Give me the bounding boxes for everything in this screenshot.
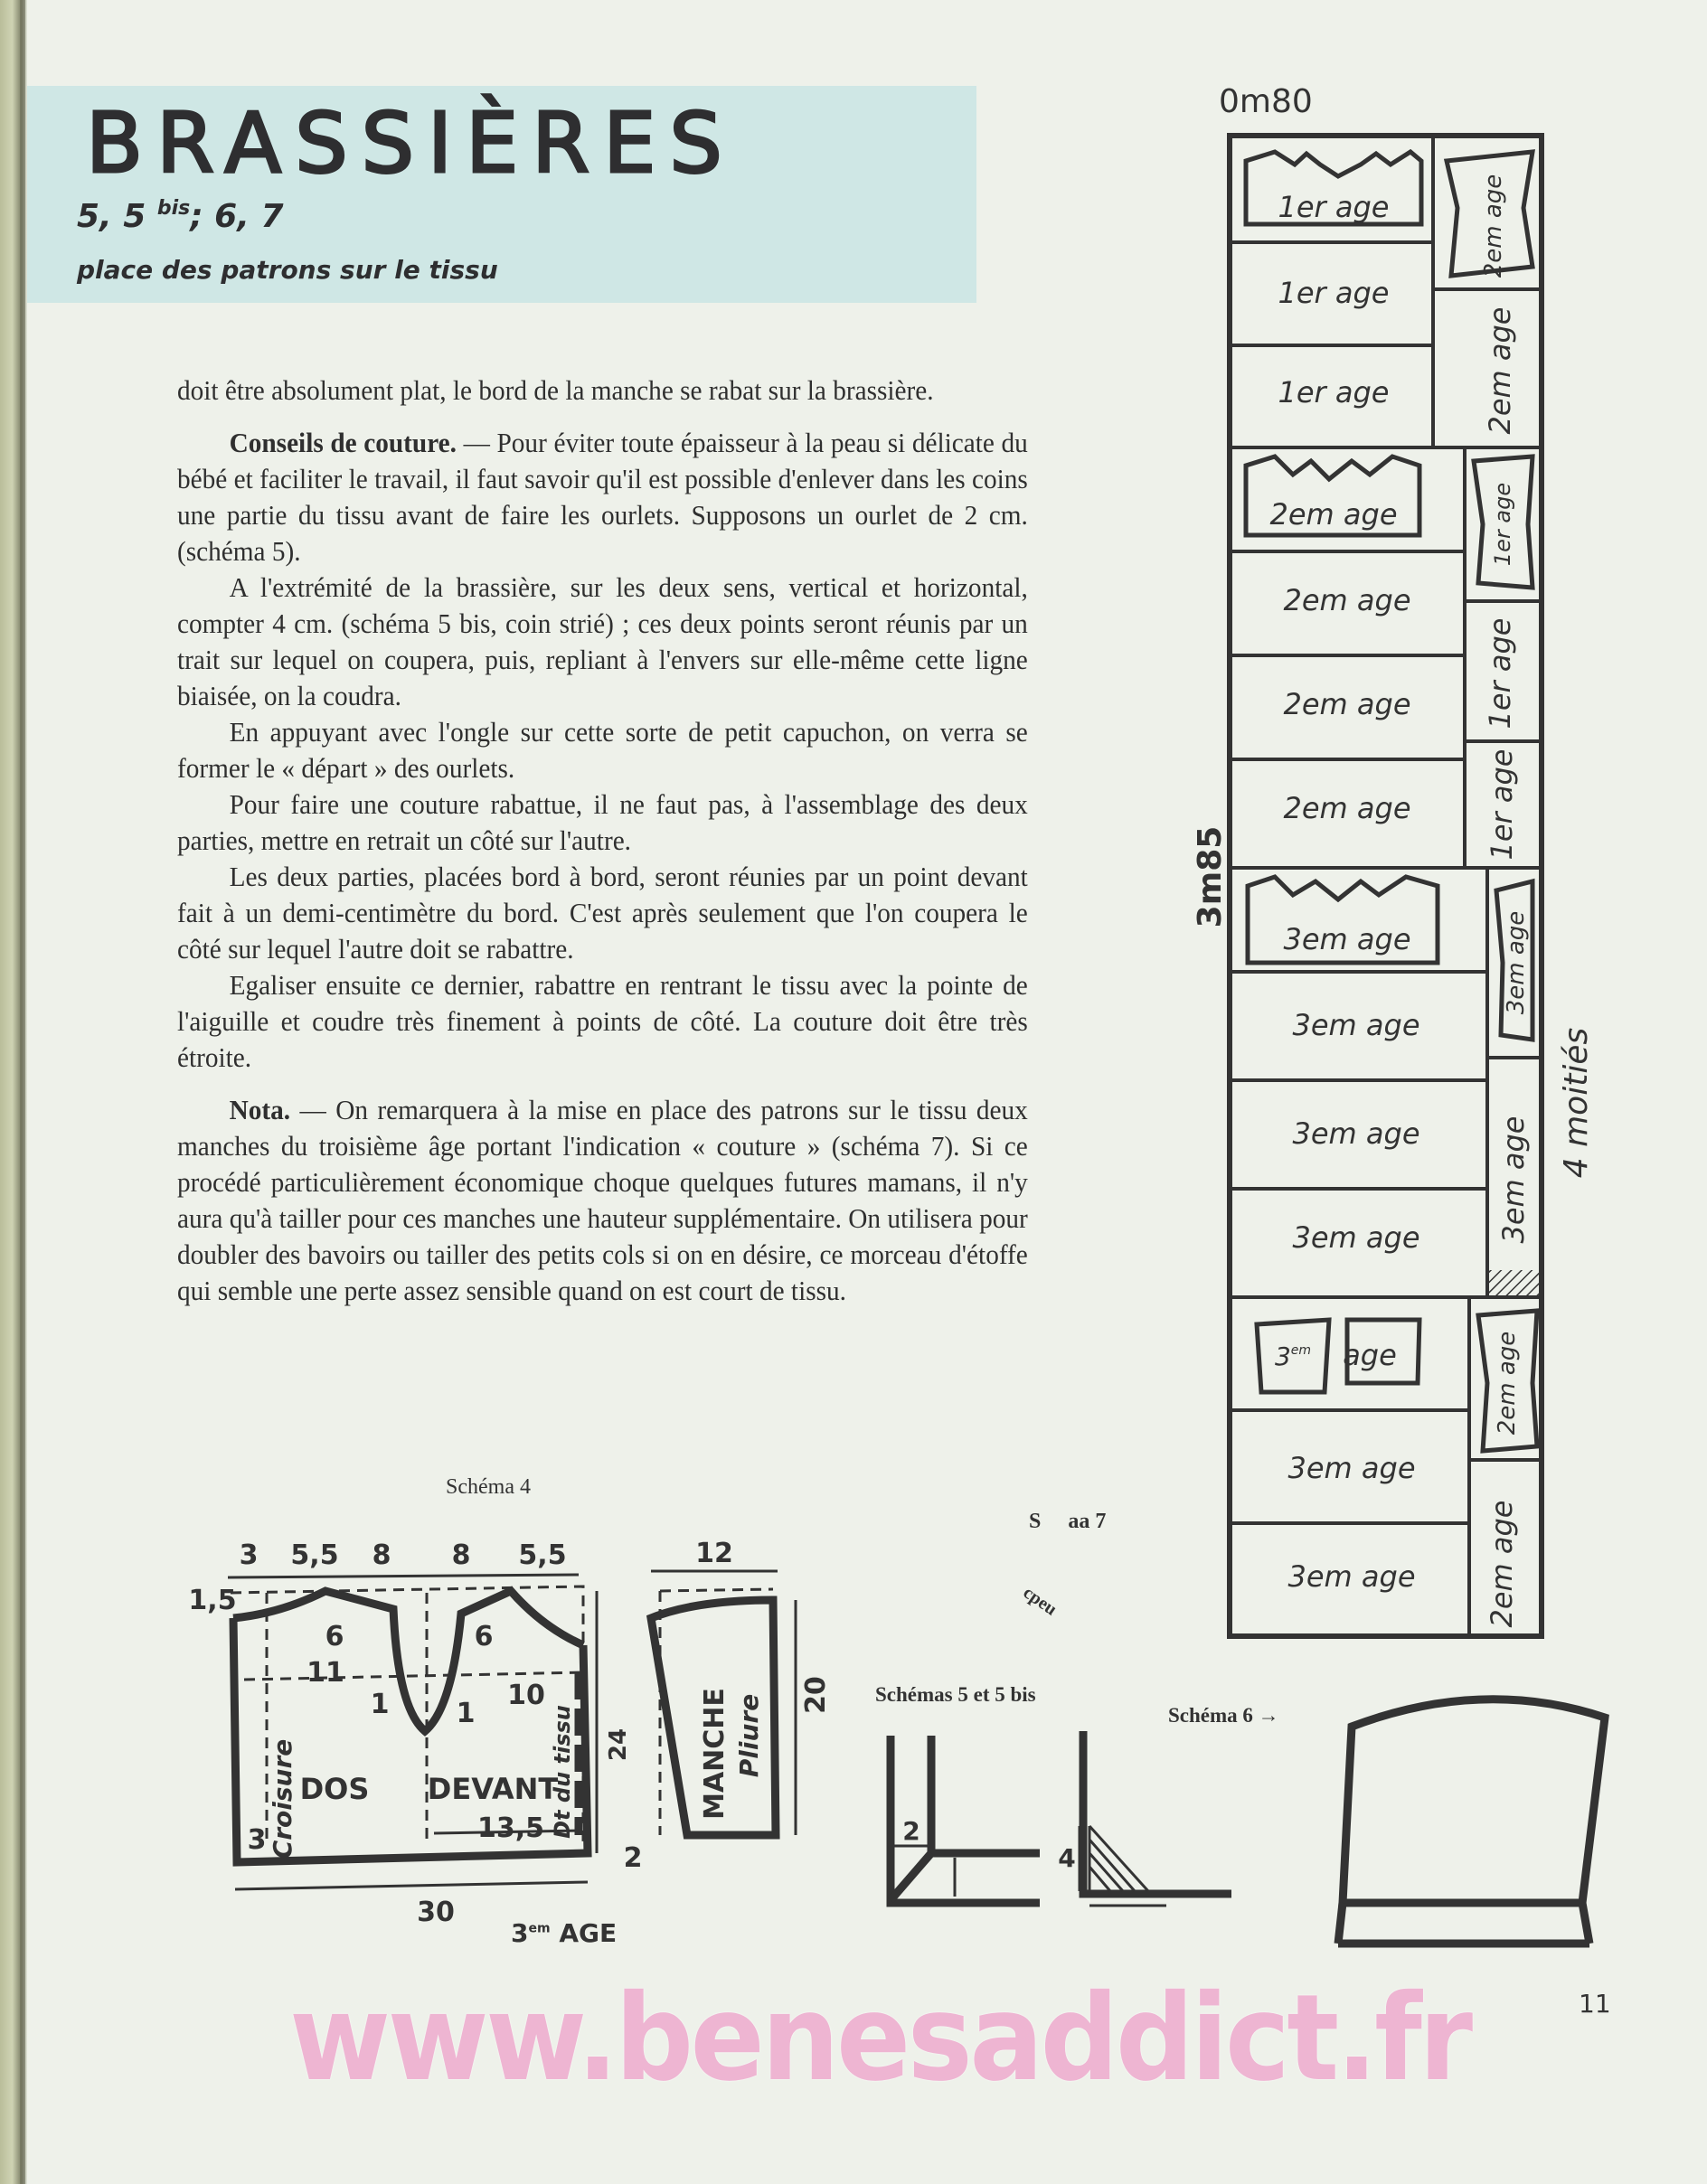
svg-text:2em age: 2em age bbox=[1480, 174, 1507, 278]
back-label: DOS bbox=[300, 1772, 370, 1806]
svg-text:3em age: 3em age bbox=[1496, 1116, 1531, 1244]
spine-shadow bbox=[20, 0, 25, 2184]
svg-text:1: 1 bbox=[457, 1698, 476, 1729]
paragraph: doit être absolument plat, le bord de la… bbox=[177, 372, 1028, 409]
svg-text:3em age: 3em age bbox=[1293, 1008, 1420, 1042]
svg-text:6: 6 bbox=[325, 1621, 344, 1652]
svg-text:1: 1 bbox=[371, 1689, 390, 1720]
schema6-sleeve-diagram bbox=[1157, 1681, 1609, 1953]
svg-text:3em: 3em bbox=[1275, 1341, 1311, 1371]
svg-text:20: 20 bbox=[800, 1676, 832, 1714]
svg-text:3: 3 bbox=[248, 1824, 267, 1856]
svg-text:6: 6 bbox=[475, 1621, 494, 1652]
page-number: 11 bbox=[1579, 1989, 1611, 2019]
svg-text:2: 2 bbox=[902, 1816, 920, 1846]
paragraph: Les deux parties, placées bord à bord, s… bbox=[177, 859, 1028, 967]
paragraph: Pour faire une couture rabattue, il ne f… bbox=[177, 786, 1028, 859]
side-label: 4 moitiés bbox=[1558, 1028, 1595, 1178]
svg-text:3: 3 bbox=[240, 1539, 259, 1571]
schema7-fragment: cpeu bbox=[1019, 1583, 1061, 1621]
svg-text:1er age: 1er age bbox=[1278, 375, 1390, 409]
paragraph-nota: Nota. — On remarquera à la mise en place… bbox=[177, 1092, 1028, 1309]
svg-text:Pliure: Pliure bbox=[734, 1694, 764, 1777]
height-label: 3m85 bbox=[1192, 826, 1229, 928]
svg-text:2em age: 2em age bbox=[1284, 791, 1411, 825]
svg-text:13,5: 13,5 bbox=[477, 1812, 544, 1844]
svg-text:3em age: 3em age bbox=[1284, 922, 1411, 956]
svg-text:Dt du tissu: Dt du tissu bbox=[550, 1705, 575, 1839]
svg-text:4: 4 bbox=[1058, 1843, 1075, 1873]
page-title: BRASSIÈRES bbox=[86, 95, 736, 192]
paragraph: Egaliser ensuite ce dernier, rabattre en… bbox=[177, 967, 1028, 1076]
fabric-layout-diagram: 0m80 1er age 1er age 1er age 2em age 2em… bbox=[1175, 81, 1609, 1663]
svg-text:2em age: 2em age bbox=[1284, 687, 1411, 721]
svg-text:2em age: 2em age bbox=[1485, 1501, 1519, 1628]
croisure-label: Croisure bbox=[268, 1739, 297, 1859]
front-label: DEVANT bbox=[428, 1772, 559, 1806]
svg-text:2em age: 2em age bbox=[1270, 497, 1398, 532]
paragraph-heading: Conseils de couture. bbox=[230, 428, 457, 458]
schema4-pattern-diagram: 3 5,5 8 8 5,5 12 1,5 6 11 6 10 1 1 DOS D… bbox=[181, 1464, 832, 1935]
svg-text:1er age: 1er age bbox=[1485, 749, 1519, 861]
svg-text:12: 12 bbox=[695, 1538, 733, 1569]
article-body: doit être absolument plat, le bord de la… bbox=[177, 372, 1028, 1309]
svg-text:8: 8 bbox=[373, 1539, 391, 1571]
svg-text:8: 8 bbox=[452, 1539, 471, 1571]
svg-text:2em age: 2em age bbox=[1494, 1332, 1521, 1436]
hatched-remnant bbox=[1489, 1270, 1540, 1295]
svg-text:1er age: 1er age bbox=[1490, 483, 1515, 566]
svg-text:2em age: 2em age bbox=[1483, 307, 1517, 435]
svg-text:5,5: 5,5 bbox=[290, 1539, 338, 1571]
width-label: 0m80 bbox=[1219, 83, 1313, 120]
svg-text:1,5: 1,5 bbox=[188, 1585, 236, 1616]
watermark: www.benesaddict.fr bbox=[289, 1969, 1469, 2108]
svg-text:30: 30 bbox=[417, 1897, 455, 1928]
svg-text:2em age: 2em age bbox=[1284, 583, 1411, 617]
age-caption: 3em AGE bbox=[511, 1918, 617, 1948]
sleeve-label: MANCHE bbox=[699, 1688, 731, 1820]
svg-text:11: 11 bbox=[307, 1657, 344, 1689]
schema7-caption: S aa 7 bbox=[1029, 1510, 1106, 1534]
svg-text:2: 2 bbox=[624, 1842, 643, 1874]
svg-text:24: 24 bbox=[605, 1728, 632, 1761]
svg-text:10: 10 bbox=[507, 1680, 545, 1711]
svg-text:1er age: 1er age bbox=[1483, 618, 1517, 730]
svg-text:5,5: 5,5 bbox=[518, 1539, 566, 1571]
schema-numbers: 5, 5 bis; 6, 7 bbox=[77, 197, 284, 235]
svg-text:3em age: 3em age bbox=[1288, 1559, 1416, 1594]
svg-text:3em age: 3em age bbox=[1503, 911, 1530, 1015]
page-subtitle: place des patrons sur le tissu bbox=[77, 255, 498, 285]
svg-text:3em age: 3em age bbox=[1288, 1451, 1416, 1485]
svg-text:1er age: 1er age bbox=[1278, 190, 1390, 224]
svg-text:1er age: 1er age bbox=[1278, 276, 1390, 310]
paragraph-conseils: Conseils de couture. — Pour éviter toute… bbox=[177, 425, 1028, 570]
svg-text:age: age bbox=[1343, 1338, 1397, 1372]
svg-text:3em age: 3em age bbox=[1293, 1220, 1420, 1255]
paragraph: A l'extrémité de la brassière, sur les d… bbox=[177, 570, 1028, 714]
paragraph: En appuyant avec l'ongle sur cette sorte… bbox=[177, 714, 1028, 786]
paragraph-heading: Nota. bbox=[230, 1095, 291, 1125]
svg-text:3em age: 3em age bbox=[1293, 1116, 1420, 1151]
